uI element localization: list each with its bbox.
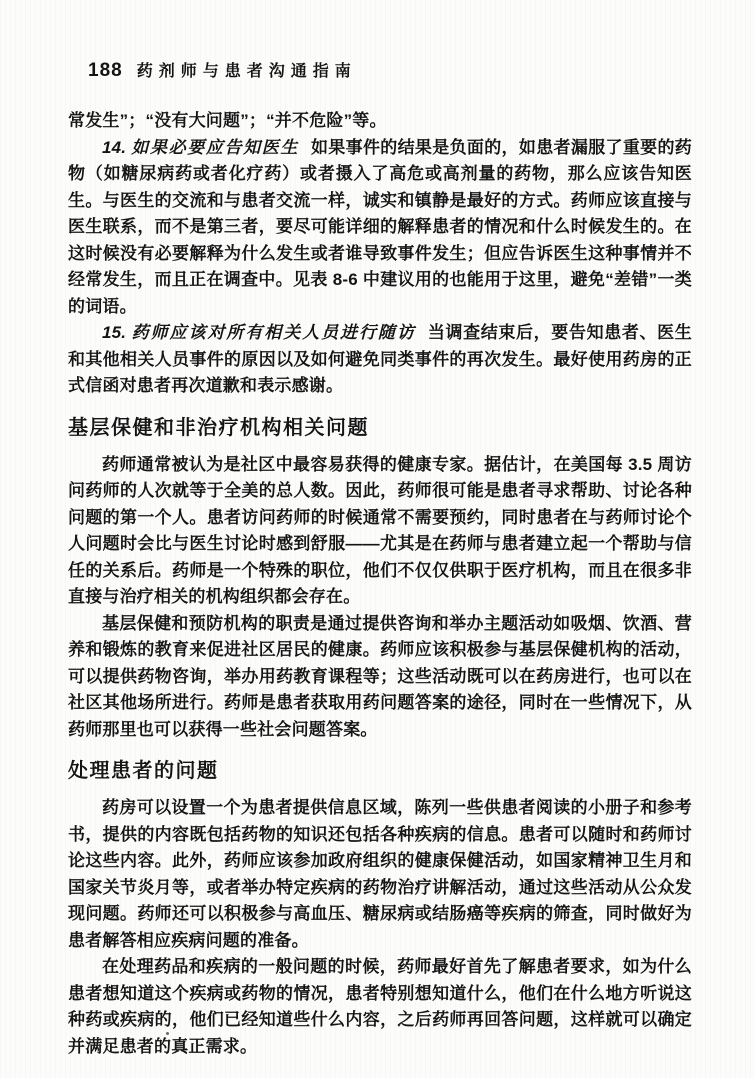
paragraph-patient-questions-1: 药房可以设置一个为患者提供信息区域，陈列一些供患者阅读的小册子和参考书，提供的内…: [68, 795, 692, 954]
paragraph-primary-care-1: 药师通常被认为是社区中最容易获得的健康专家。据估计，在美国每 3.5 周访问药师…: [68, 452, 692, 611]
running-head: 188 药剂师与患者沟通指南: [88, 58, 692, 82]
book-page: 188 药剂师与患者沟通指南 常发生”；“没有大问题”；“并不危险”等。 14.…: [0, 0, 755, 1078]
paragraph-patient-questions-2: 在处理药品和疾病的一般问题的时候，药师最好首先了解患者要求，如为什么患者想知道这…: [68, 954, 692, 1060]
item-15-number: 15.: [102, 323, 126, 342]
paragraph-primary-care-2: 基层保健和预防机构的职责是通过提供咨询和举办主题活动如吸烟、饮酒、营养和锻炼的教…: [68, 611, 692, 744]
section-heading-patient-questions: 处理患者的问题: [68, 758, 692, 784]
numbered-item-15: 15.药师应该对所有相关人员进行随访当调查结束后，要告知患者、医生和其他相关人员…: [68, 320, 692, 400]
item-15-title: 药师应该对所有相关人员进行随访: [131, 323, 416, 342]
paragraph-continuation: 常发生”；“没有大问题”；“并不危险”等。: [68, 108, 692, 135]
scan-speck: [166, 1032, 169, 1035]
item-14-title: 如果必要应告知医生: [131, 138, 299, 157]
item-14-number: 14.: [102, 138, 126, 157]
item-14-body: 如果事件的结果是负面的，如患者漏服了重要的药物（如糖尿病药或者化疗药）或者摄入了…: [68, 138, 692, 316]
book-title: 药剂师与患者沟通指南: [137, 58, 357, 81]
page-body: 常发生”；“没有大问题”；“并不危险”等。 14.如果必要应告知医生如果事件的结…: [68, 108, 692, 1060]
section-heading-primary-care: 基层保健和非治疗机构相关问题: [68, 415, 692, 441]
page-number: 188: [88, 60, 123, 82]
numbered-item-14: 14.如果必要应告知医生如果事件的结果是负面的，如患者漏服了重要的药物（如糖尿病…: [68, 135, 692, 321]
